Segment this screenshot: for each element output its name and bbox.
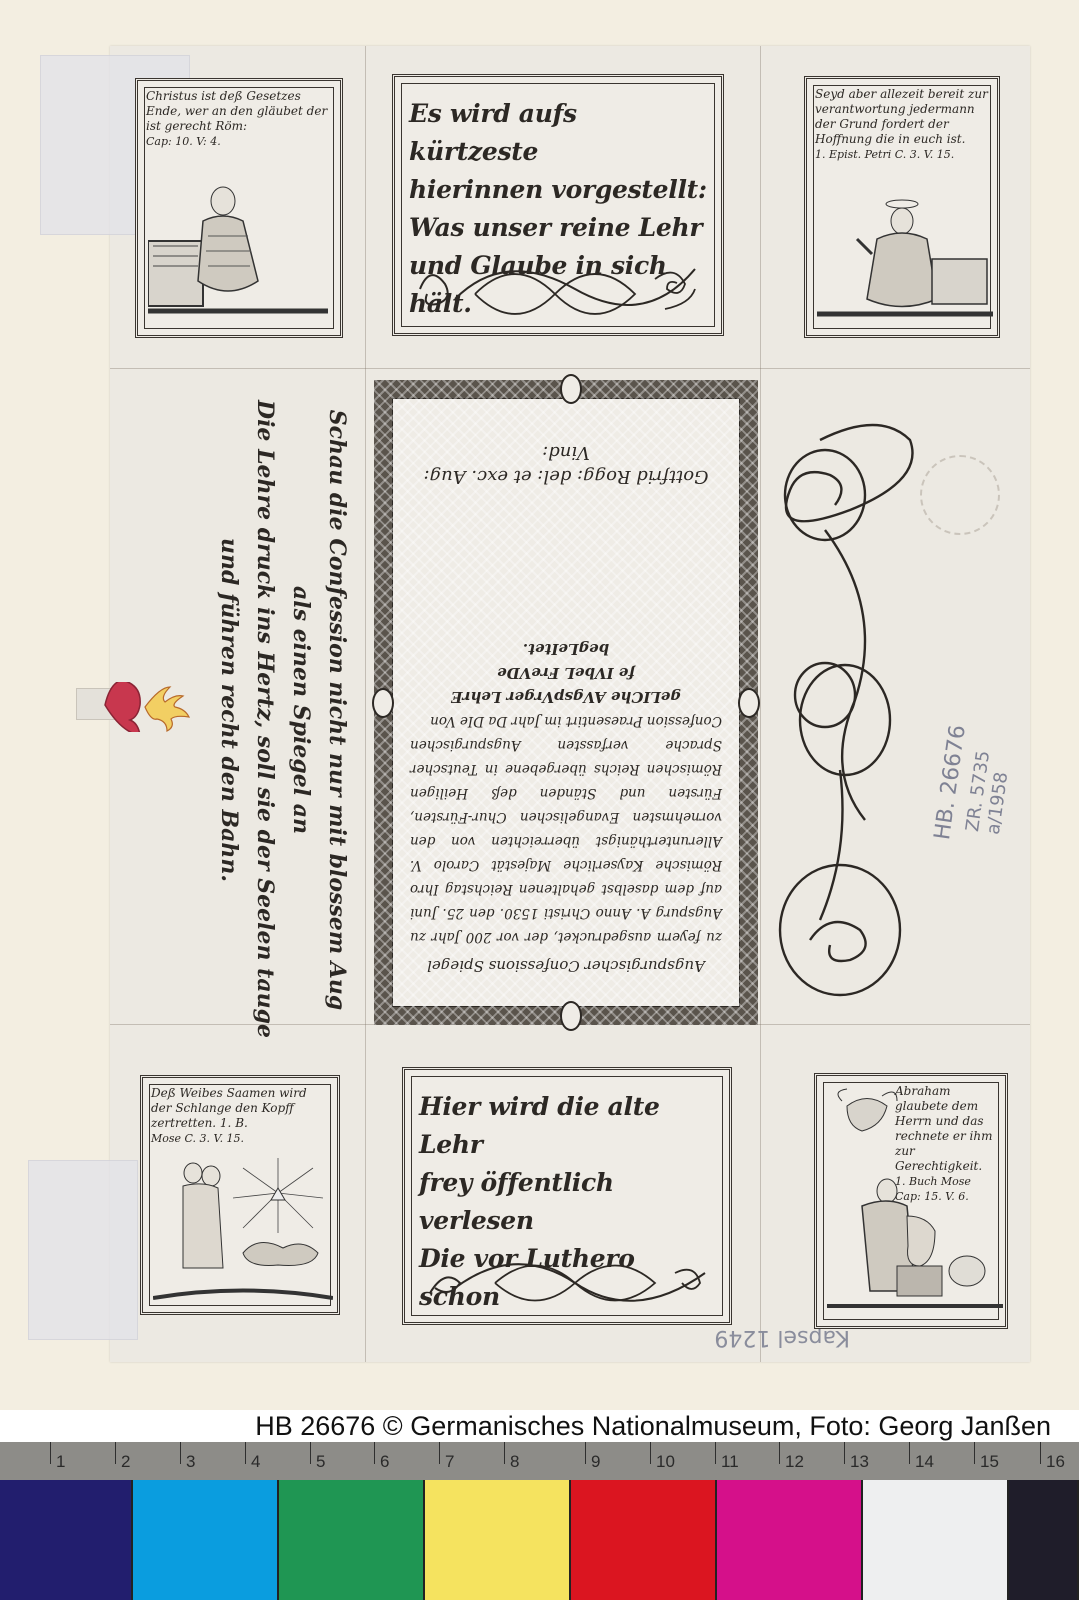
vertical-flourish <box>770 410 920 1010</box>
inverted-text-block: Augspurgischer Confessions Spiegel zu fe… <box>392 398 740 1007</box>
panel-genesis-3: Deß Weibes Saamen wird der Schlange den … <box>140 1075 340 1315</box>
photo-caption: HB 26676 © Germanisches Nationalmuseum, … <box>0 1410 1079 1442</box>
abraham-figure <box>827 1086 1003 1324</box>
verse-romans: Christus ist deß Gesetzes Ende, wer an d… <box>146 89 332 149</box>
color-calibration-chart <box>0 1480 1079 1600</box>
ruler-label: 4 <box>251 1452 260 1472</box>
ruler-label: 2 <box>121 1452 130 1472</box>
ruler-label: 6 <box>380 1452 389 1472</box>
chronogram: geLIChe AVgspVrger LehrE fe IVbeL FreVDe… <box>410 637 722 709</box>
swatch-black <box>1009 1480 1079 1600</box>
frame-ornament <box>738 688 760 718</box>
frame-ornament <box>372 688 394 718</box>
engraver-credit: Gottfrid Rogg: del: et exc. Aug: Vind: <box>410 440 722 488</box>
measurement-ruler: 1 2 3 4 5 6 7 8 9 10 11 12 13 14 15 16 <box>0 1442 1079 1480</box>
panel-genesis-15: Abraham glaubete dem Herrn und das rechn… <box>814 1073 1008 1329</box>
ruler-label: 12 <box>785 1452 804 1472</box>
confession-heading: Augspurgischer Confessions Spiegel <box>410 955 722 977</box>
verse-peter: Seyd aber allezeit bereit zur verantwort… <box>815 87 989 162</box>
panel-peter: Seyd aber allezeit bereit zur verantwort… <box>804 76 1000 338</box>
adam-and-eve-figure <box>153 1158 333 1308</box>
swatch-magenta <box>717 1480 863 1600</box>
ruler-label: 13 <box>850 1452 869 1472</box>
fold-line <box>110 368 1030 369</box>
ruler-label: 9 <box>591 1452 600 1472</box>
ornamental-frame: Augspurgischer Confessions Spiegel zu fe… <box>374 380 758 1025</box>
saint-peter-figure <box>817 199 993 329</box>
verse-genesis-3: Deß Weibes Saamen wird der Schlange den … <box>151 1086 329 1146</box>
ruler-label: 1 <box>56 1452 65 1472</box>
panel-title-bottom: Hier wird die alte Lehr frey öffentlich … <box>402 1067 732 1325</box>
swatch-yellow <box>425 1480 571 1600</box>
ruler-label: 11 <box>721 1452 739 1472</box>
tape-strip <box>28 1160 138 1340</box>
swatch-cyan <box>133 1480 279 1600</box>
museum-stamp <box>920 455 1000 535</box>
fold-line <box>760 46 761 1362</box>
ruler-label: 16 <box>1046 1452 1065 1472</box>
ruler-label: 5 <box>316 1452 325 1472</box>
flaming-heart-icon <box>90 682 195 732</box>
confession-body: zu feyern ausgedrucket, der vor 200 Jahr… <box>410 709 722 949</box>
panel-romans: Christus ist deß Gesetzes Ende, wer an d… <box>135 78 343 338</box>
ruler-label: 15 <box>980 1452 999 1472</box>
side-verse-confession: Schau die Confession nicht nur mit bloss… <box>190 400 355 1020</box>
flourish-ornament <box>415 259 705 319</box>
photo-stage: Christus ist deß Gesetzes Ende, wer an d… <box>0 0 1079 1410</box>
seated-apostle-figure <box>148 176 333 326</box>
ruler-label: 10 <box>656 1452 675 1472</box>
fold-line <box>365 46 366 1362</box>
swatch-green <box>279 1480 425 1600</box>
swatch-red <box>571 1480 717 1600</box>
ruler-label: 7 <box>445 1452 454 1472</box>
swatch-dark-blue <box>0 1480 133 1600</box>
panel-title-top: Es wird aufs kürtzeste hierinnen vorgest… <box>392 74 724 336</box>
ruler-label: 14 <box>915 1452 934 1472</box>
ruler-label: 3 <box>186 1452 195 1472</box>
flourish-ornament <box>425 1248 715 1308</box>
swatch-white <box>863 1480 1009 1600</box>
ruler-label: 8 <box>510 1452 519 1472</box>
